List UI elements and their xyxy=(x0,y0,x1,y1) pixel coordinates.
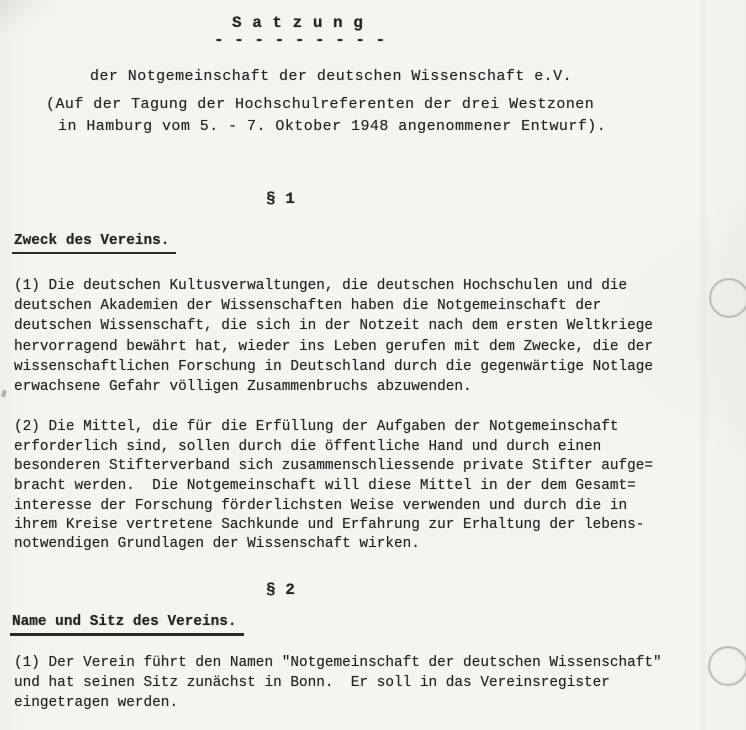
paragraph-line: interesse der Forschung förderlichsten W… xyxy=(14,496,627,516)
section-mark: § 2 xyxy=(266,580,295,600)
paragraph-line: deutschen Akademien der Wissenschaften h… xyxy=(14,296,601,316)
hole-punch-mark xyxy=(708,646,746,686)
paragraph-line: erwachsene Gefahr völligen Zusammenbruch… xyxy=(14,377,472,397)
title-underline-dashes: - - - - - - - - - xyxy=(214,30,386,50)
paragraph-line: und hat seinen Sitz zunächst in Bonn. Er… xyxy=(14,673,610,693)
section-heading: Zweck des Vereins. xyxy=(12,231,176,254)
adoption-note-line: in Hamburg vom 5. - 7. Oktober 1948 ange… xyxy=(58,117,606,137)
section-mark: § 1 xyxy=(266,189,295,209)
section-heading: Name und Sitz des Vereins. xyxy=(10,612,244,636)
paragraph-line: hervorragend bewährt hat, wieder ins Leb… xyxy=(14,337,653,357)
scan-speck xyxy=(1,390,7,398)
adoption-note-line: (Auf der Tagung der Hochschulreferenten … xyxy=(46,95,594,115)
hole-punch-mark xyxy=(709,278,746,318)
paragraph-line: eingetragen werden. xyxy=(14,693,178,713)
paragraph-line: ihrem Kreise vertretene Sachkunde und Er… xyxy=(14,515,644,535)
document-subtitle: der Notgemeinschaft der deutschen Wissen… xyxy=(90,67,572,87)
paragraph-line: (1) Die deutschen Kultusverwaltungen, di… xyxy=(14,276,627,296)
paragraph-line: notwendigen Grundlagen der Wissenschaft … xyxy=(14,534,420,554)
paragraph-line: bracht werden. Die Notgemeinschaft will … xyxy=(14,476,636,496)
scanned-document-page: S a t z u n g - - - - - - - - - der Notg… xyxy=(0,0,746,730)
paragraph-line: besonderen Stifterverband sich zusammens… xyxy=(14,456,653,476)
paragraph-line: wissenschaftlichen Forschung in Deutschl… xyxy=(14,357,653,377)
paragraph-line: deutschen Wissenschaft, die sich in der … xyxy=(14,316,653,336)
paragraph-line: erforderlich sind, sollen durch die öffe… xyxy=(14,437,601,457)
paragraph-line: (2) Die Mittel, die für die Erfüllung de… xyxy=(14,417,619,437)
paragraph-line: (1) Der Verein führt den Namen "Notgemei… xyxy=(14,653,662,673)
